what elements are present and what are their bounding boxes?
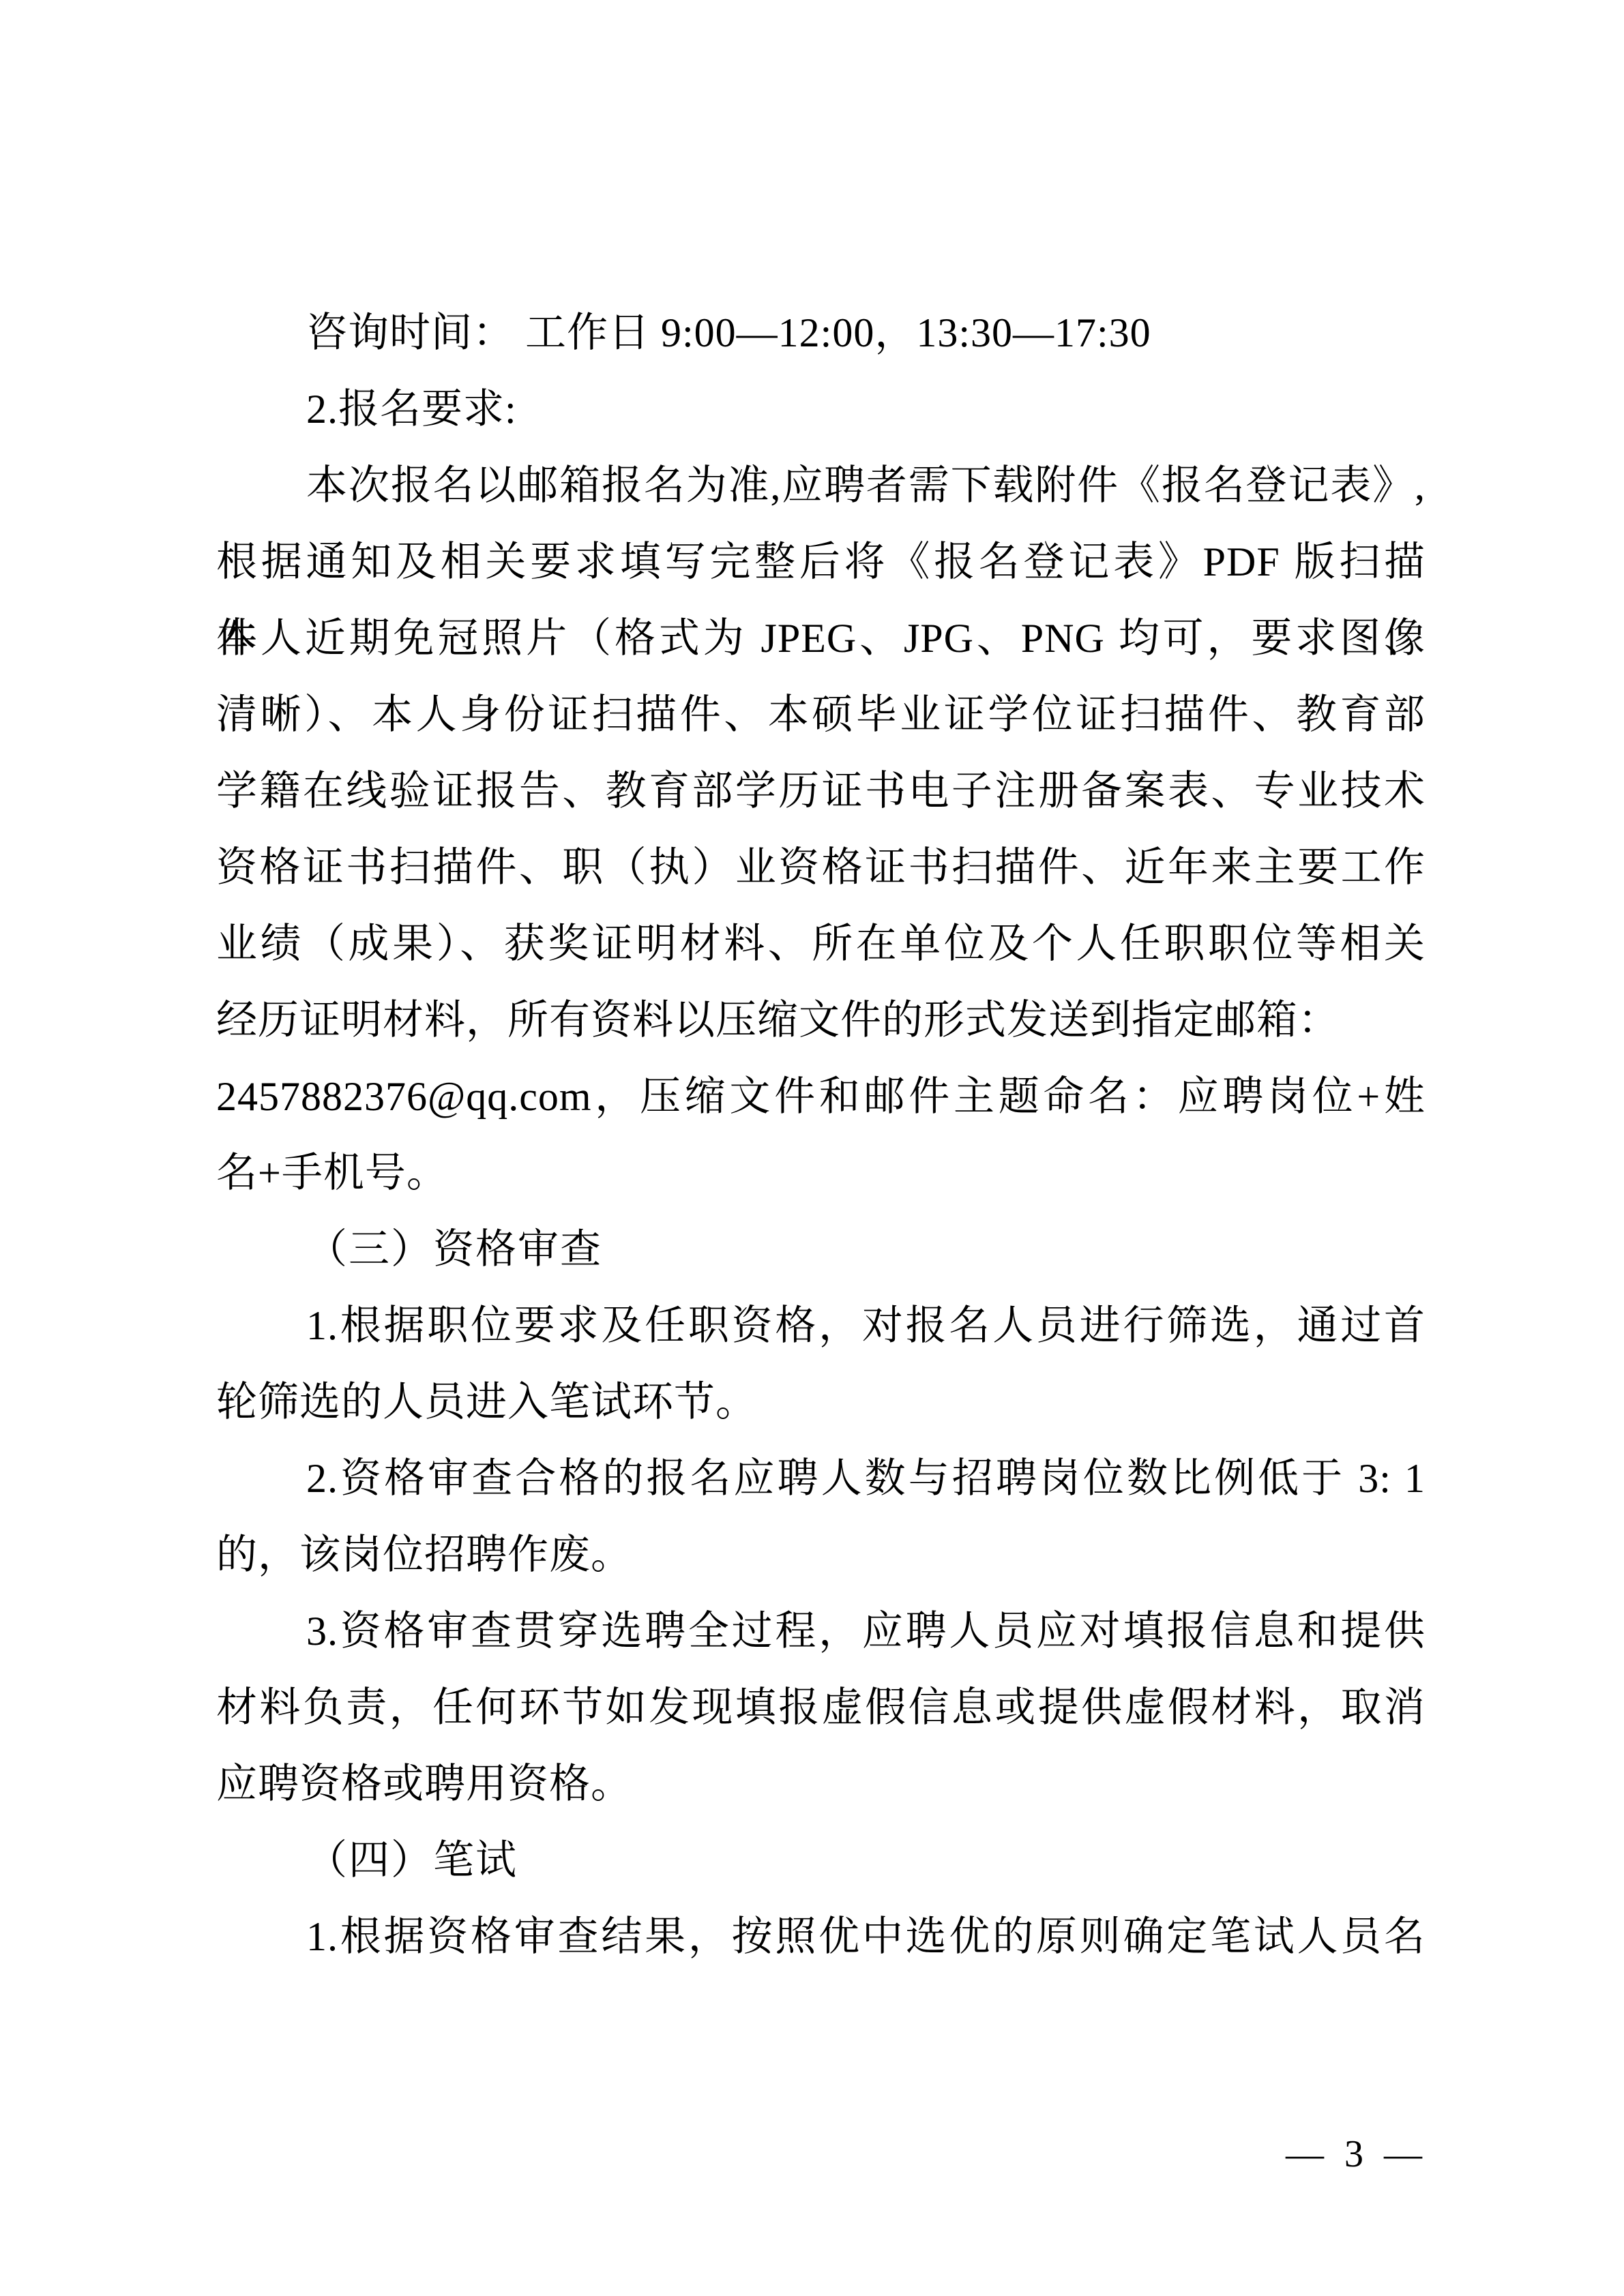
section-heading: （三）资格审查 <box>216 1211 1426 1287</box>
paragraph-line: 材料负责，任何环节如发现填报虚假信息或提供虚假材料，取消 <box>216 1669 1426 1746</box>
document-page: 咨询时间： 工作日 9:00—12:00，13:30—17:30 2.报名要求:… <box>0 0 1624 2296</box>
paragraph-line: 应聘资格或聘用资格。 <box>216 1746 1426 1822</box>
paragraph-line: 2457882376@qq.com，压缩文件和邮件主题命名：应聘岗位+姓 <box>216 1058 1426 1135</box>
section-heading: （四）笔试 <box>216 1822 1426 1898</box>
paragraph-line: 轮筛选的人员进入笔试环节。 <box>216 1364 1426 1440</box>
paragraph-line: 业绩（成果）、获奖证明材料、所在单位及个人任职职位等相关 <box>216 906 1426 982</box>
paragraph-line: 根据通知及相关要求填写完整后将《报名登记表》PDF 版扫描件、 <box>216 524 1426 600</box>
paragraph-line: 清晰）、本人身份证扫描件、本硕毕业证学位证扫描件、教育部 <box>216 676 1426 753</box>
paragraph-line: 1.根据职位要求及任职资格，对报名人员进行筛选，通过首 <box>216 1287 1426 1364</box>
paragraph-line: 3.资格审查贯穿选聘全过程，应聘人员应对填报信息和提供 <box>216 1593 1426 1669</box>
paragraph-line: 的，该岗位招聘作废。 <box>216 1517 1426 1593</box>
paragraph-line: 本次报名以邮箱报名为准,应聘者需下载附件《报名登记表》, <box>216 447 1426 524</box>
paragraph-line: 资格证书扫描件、职（执）业资格证书扫描件、近年来主要工作 <box>216 829 1426 906</box>
paragraph-line: 学籍在线验证报告、教育部学历证书电子注册备案表、专业技术 <box>216 753 1426 829</box>
page-footer: — 3 — <box>1286 2133 1422 2175</box>
paragraph-line: 咨询时间： 工作日 9:00—12:00，13:30—17:30 <box>216 295 1426 371</box>
paragraph-line: 2.资格审查合格的报名应聘人数与招聘岗位数比例低于 3: 1 <box>216 1440 1426 1517</box>
paragraph-line: 名+手机号。 <box>216 1135 1426 1211</box>
paragraph-line: 1.根据资格审查结果，按照优中选优的原则确定笔试人员名 <box>216 1898 1426 1975</box>
document-body: 咨询时间： 工作日 9:00—12:00，13:30—17:30 2.报名要求:… <box>216 295 1426 1975</box>
page-number: — 3 — <box>1286 2133 1422 2175</box>
paragraph-line: 经历证明材料，所有资料以压缩文件的形式发送到指定邮箱： <box>216 982 1426 1058</box>
paragraph-line: 本人近期免冠照片（格式为 JPEG、JPG、PNG 均可，要求图像 <box>216 600 1426 676</box>
paragraph-line: 2.报名要求: <box>216 371 1426 447</box>
